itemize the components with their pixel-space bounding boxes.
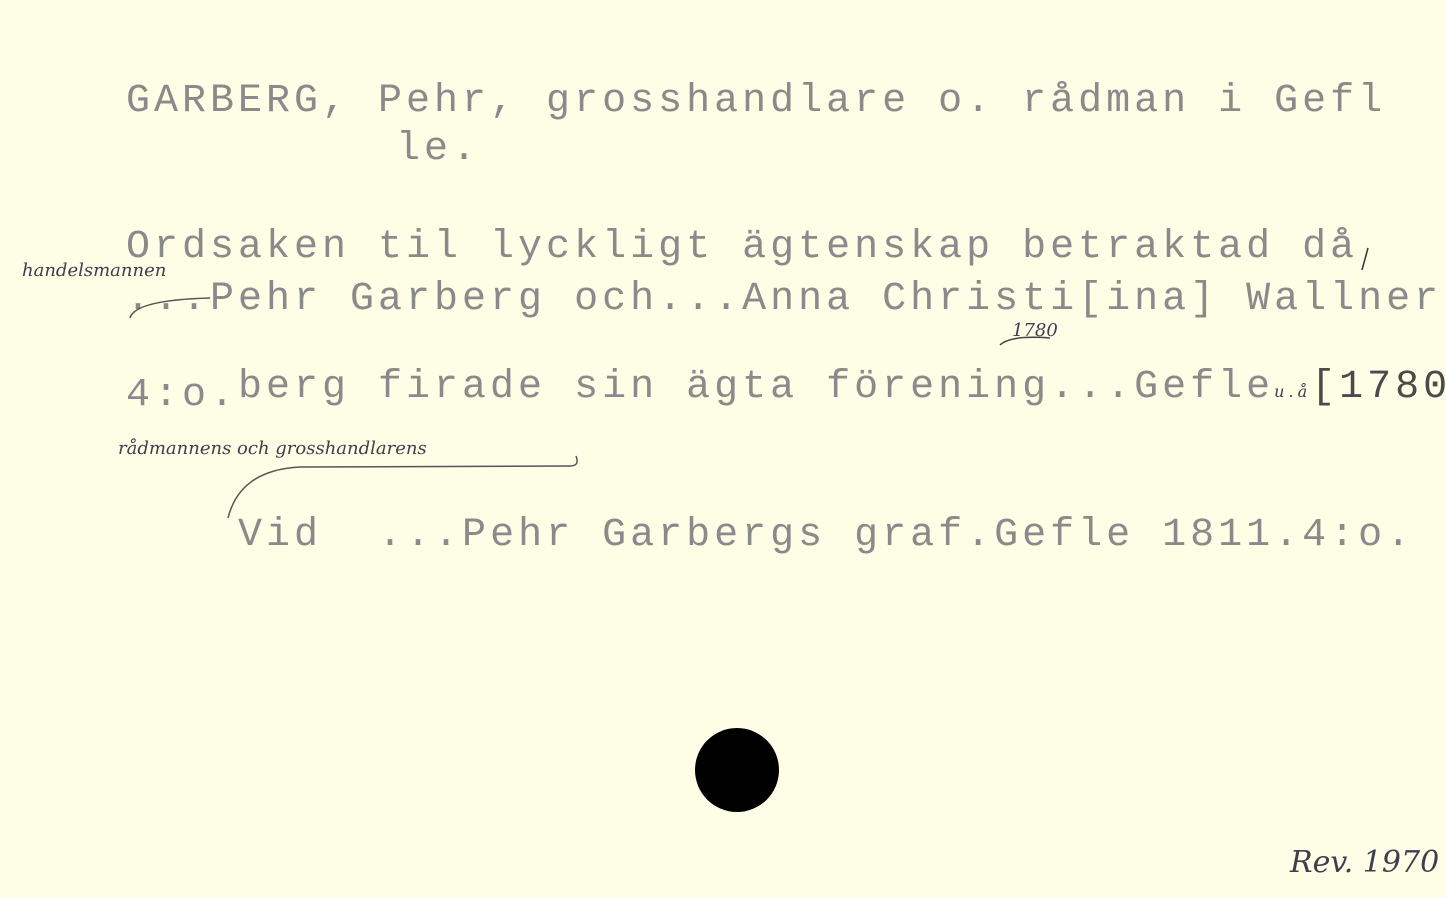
catalog-card: GARBERG, Pehr, grosshandlare o. rådman i… <box>0 0 1446 898</box>
revision-note: Rev. 1970 <box>1290 848 1439 878</box>
punch-hole <box>695 728 779 812</box>
